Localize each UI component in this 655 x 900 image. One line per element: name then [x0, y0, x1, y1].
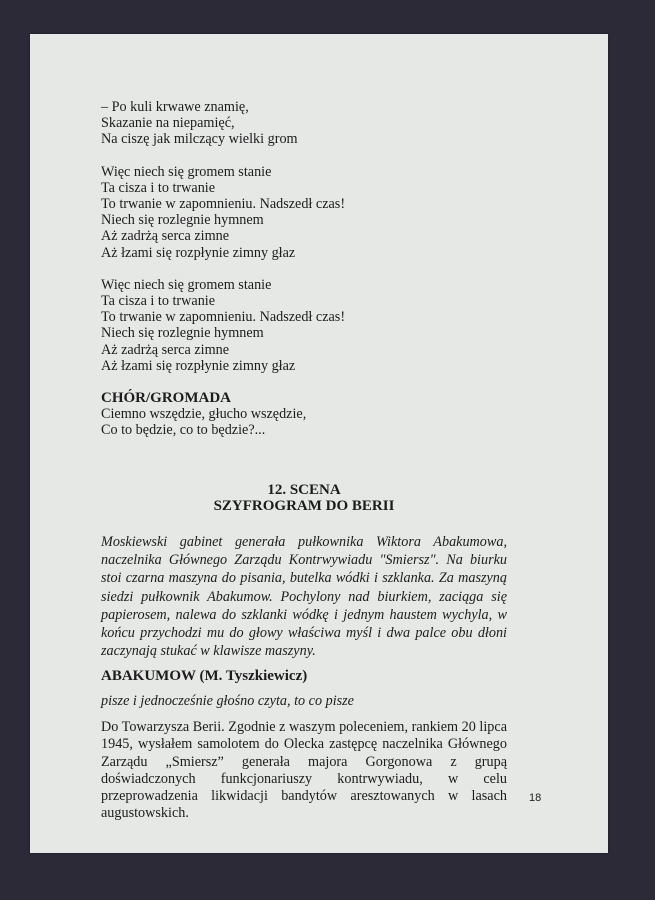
scene-number: 12. SCENA	[101, 482, 507, 499]
verse-line: Aż zadrżą serca zimne	[101, 342, 507, 358]
verse-line: Ta cisza i to trwanie	[101, 180, 507, 196]
page-number: 18	[529, 792, 541, 804]
stage-note: pisze i jednocześnie głośno czyta, to co…	[101, 693, 507, 709]
verse-line: To trwanie w zapomnieniu. Nadszedł czas!	[101, 196, 507, 212]
page-content: – Po kuli krwawe znamię, Skazanie na nie…	[101, 99, 507, 822]
verse-line: Niech się rozlegnie hymnem	[101, 212, 507, 228]
verse-line: Na ciszę jak milczący wielki grom	[101, 131, 507, 147]
song-stanza-2: Więc niech się gromem stanie Ta cisza i …	[101, 164, 507, 261]
scene-heading: 12. SCENA SZYFROGRAM DO BERII	[101, 482, 507, 515]
character-speech: Do Towarzysza Berii. Zgodnie z waszym po…	[101, 719, 507, 822]
verse-line: Więc niech się gromem stanie	[101, 164, 507, 180]
chorus-speaker: CHÓR/GROMADA	[101, 390, 507, 406]
song-stanza-3: Więc niech się gromem stanie Ta cisza i …	[101, 277, 507, 374]
verse-line: – Po kuli krwawe znamię,	[101, 99, 507, 115]
verse-line: Aż łzami się rozpłynie zimny głaz	[101, 358, 507, 374]
song-stanza-1: – Po kuli krwawe znamię, Skazanie na nie…	[101, 99, 507, 148]
character-speaker: ABAKUMOW (M. Tyszkiewicz)	[101, 668, 507, 684]
verse-line: Niech się rozlegnie hymnem	[101, 325, 507, 341]
verse-line: To trwanie w zapomnieniu. Nadszedł czas!	[101, 309, 507, 325]
scene-direction: Moskiewski gabinet generała pułkownika W…	[101, 533, 507, 661]
chorus-block: CHÓR/GROMADA Ciemno wszędzie, głucho wsz…	[101, 390, 507, 439]
verse-line: Ta cisza i to trwanie	[101, 293, 507, 309]
verse-line: Więc niech się gromem stanie	[101, 277, 507, 293]
scene-title: SZYFROGRAM DO BERII	[101, 498, 507, 515]
verse-line: Skazanie na niepamięć,	[101, 115, 507, 131]
document-page: – Po kuli krwawe znamię, Skazanie na nie…	[30, 34, 608, 853]
chorus-line: Ciemno wszędzie, głucho wszędzie,	[101, 406, 507, 422]
verse-line: Aż zadrżą serca zimne	[101, 228, 507, 244]
verse-line: Aż łzami się rozpłynie zimny głaz	[101, 245, 507, 261]
chorus-line: Co to będzie, co to będzie?...	[101, 422, 507, 438]
